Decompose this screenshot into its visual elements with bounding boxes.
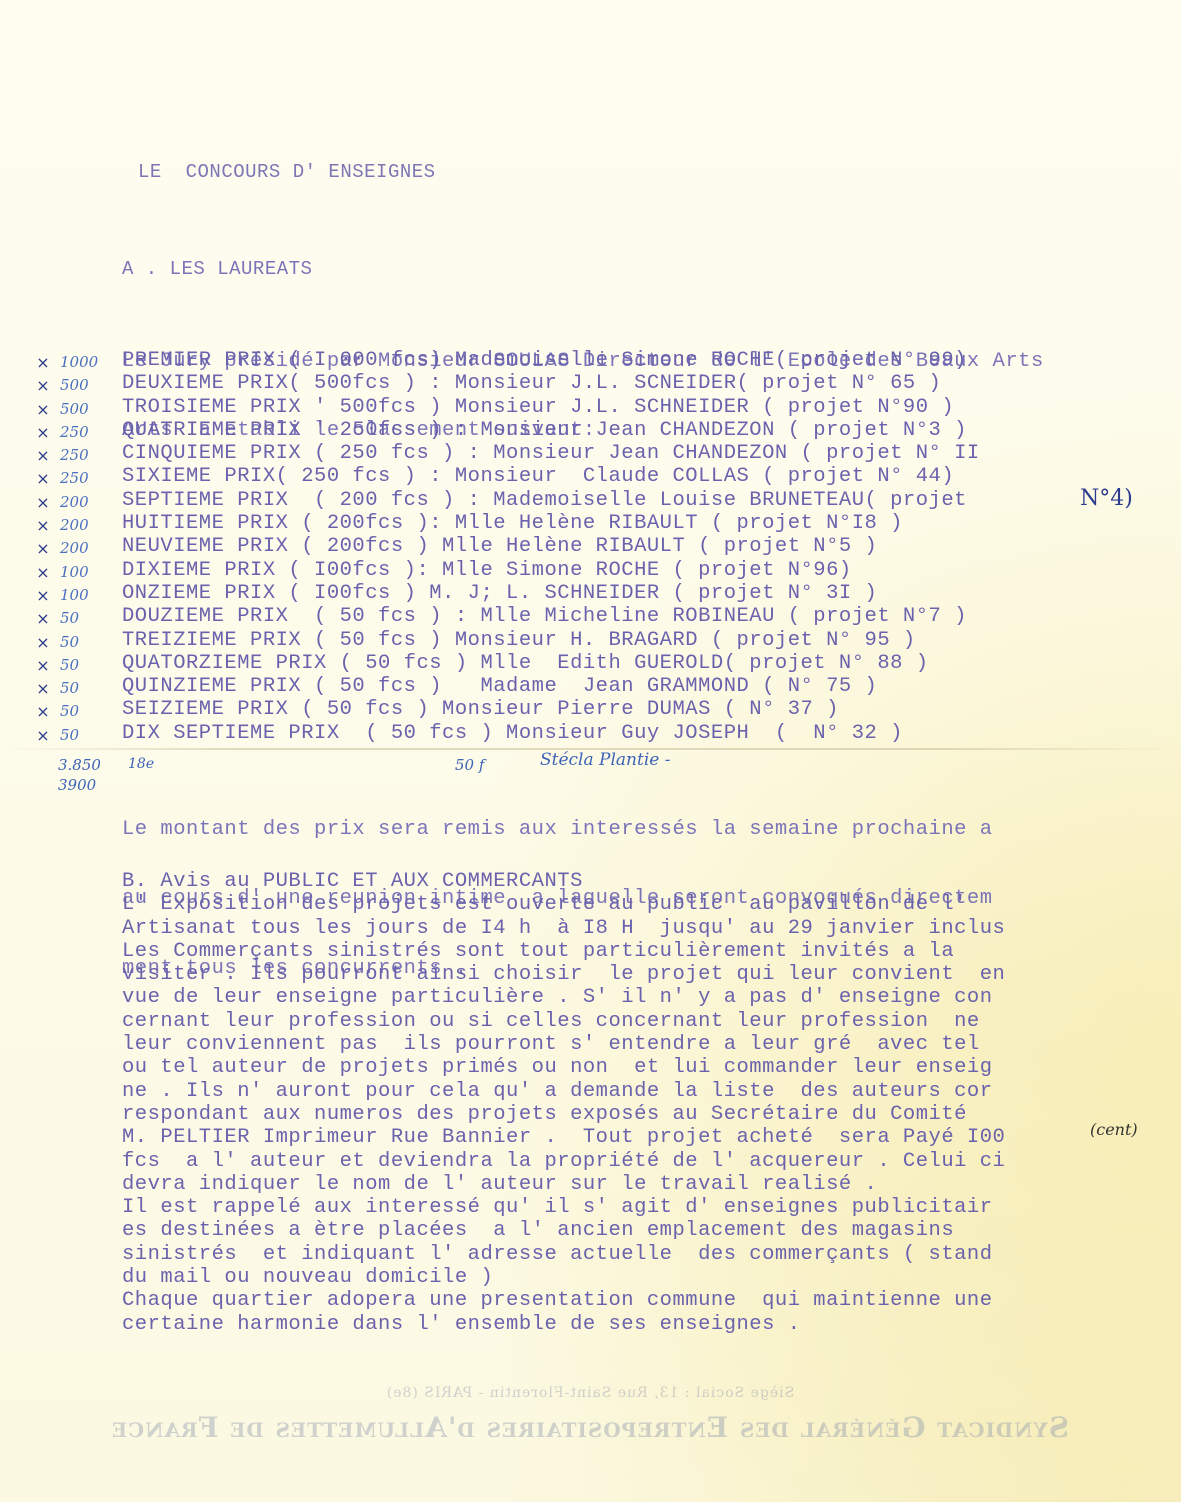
tally-row: ×50 — [26, 654, 120, 677]
tally-amount: 200 — [60, 537, 120, 560]
letterhead-show-through: Siège Social : 13, Rue Saint-Florentin -… — [50, 1385, 1130, 1444]
paragraph-line: sinistrés et indiquant l' adresse actuel… — [122, 1243, 1005, 1266]
check-mark-icon: × — [26, 631, 60, 654]
check-mark-icon: × — [26, 584, 60, 607]
paragraph-line: Artisanat tous les jours de I4 h à I8 H … — [122, 917, 1005, 940]
prize-row: SIXIEME PRIX( 250 fcs ) : Monsieur Claud… — [122, 465, 980, 488]
tally-amount: 250 — [60, 467, 120, 490]
paragraph-line: leur conviennent pas ils pourront s' ent… — [122, 1033, 1005, 1056]
check-mark-icon: × — [26, 374, 60, 397]
paragraph-line: cernant leur profession ou si celles con… — [122, 1010, 1005, 1033]
handwritten-cent: (cent) — [1090, 1120, 1138, 1139]
paragraph-line: du mail ou nouveau domicile ) — [122, 1266, 1005, 1289]
tally-amount: 50 — [60, 724, 120, 747]
check-mark-icon: × — [26, 677, 60, 700]
prize-row: QUATRIEME PRIX ' 250fcs ) : Monsieur Jea… — [122, 419, 980, 442]
tally-row: ×250 — [26, 421, 120, 444]
tally-row: ×50 — [26, 631, 120, 654]
document-title: LE CONCOURS D' ENSEIGNES — [138, 161, 436, 184]
paragraph-line: Les Commerçants sinistrés sont tout part… — [122, 940, 1005, 963]
tally-row: ×1000 — [26, 351, 120, 374]
tally-row: ×50 — [26, 724, 120, 747]
paragraph-line: ne . Ils n' auront pour cela qu' a deman… — [122, 1080, 1005, 1103]
section-a-heading: A . LES LAUREATS — [122, 258, 312, 281]
tally-row: ×100 — [26, 584, 120, 607]
check-mark-icon: × — [26, 537, 60, 560]
tally-amount: 250 — [60, 444, 120, 467]
tally-amount: 50 — [60, 700, 120, 723]
tally-amount: 200 — [60, 491, 120, 514]
check-mark-icon: × — [26, 561, 60, 584]
check-mark-icon: × — [26, 351, 60, 374]
prize-row: DIX SEPTIEME PRIX ( 50 fcs ) Monsieur Gu… — [122, 722, 980, 745]
handwritten-subtotal: 3.850 — [58, 756, 101, 774]
paragraph-line: M. PELTIER Imprimeur Rue Bannier . Tout … — [122, 1126, 1005, 1149]
paragraph-line: L' Exposition des projets est ouverte au… — [122, 893, 1005, 916]
tally-amount: 50 — [60, 607, 120, 630]
prize-row: DEUXIEME PRIX( 500fcs ) : Monsieur J.L. … — [122, 372, 980, 395]
handwritten-total: 3900 — [58, 776, 96, 794]
tally-row: ×200 — [26, 537, 120, 560]
section-b-heading: B. Avis au PUBLIC ET AUX COMMERCANTS — [122, 870, 1005, 893]
prize-row: DOUZIEME PRIX ( 50 fcs ) : Mlle Michelin… — [122, 605, 980, 628]
tally-amount: 100 — [60, 561, 120, 584]
section-b-notice: B. Avis au PUBLIC ET AUX COMMERCANTSL' E… — [122, 870, 1005, 1336]
check-mark-icon: × — [26, 491, 60, 514]
letterhead-organization: Syndicat Général des Entrepositaires d'A… — [50, 1411, 1130, 1444]
tally-amount: 200 — [60, 514, 120, 537]
paragraph-line: Chaque quartier adopera une presentation… — [122, 1289, 1005, 1312]
paragraph-line: es destinées a ètre placées a l' ancien … — [122, 1219, 1005, 1242]
paragraph-line: visiter . Ils pourront ainsi choisir le … — [122, 963, 1005, 986]
tally-row: ×500 — [26, 374, 120, 397]
prize-row: HUITIEME PRIX ( 200fcs ): Mlle Helène RI… — [122, 512, 980, 535]
paragraph-line: devra indiquer le nom de l' auteur sur l… — [122, 1173, 1005, 1196]
paragraph-line: Il est rappelé aux interessé qu' il s' a… — [122, 1196, 1005, 1219]
tally-amount: 1000 — [60, 351, 120, 374]
tally-amount: 500 — [60, 398, 120, 421]
check-mark-icon: × — [26, 514, 60, 537]
tally-row: ×500 — [26, 398, 120, 421]
handwritten-note-18: 18e — [128, 756, 154, 772]
tally-row: ×200 — [26, 491, 120, 514]
tally-amount: 500 — [60, 374, 120, 397]
tally-row: ×250 — [26, 444, 120, 467]
check-mark-icon: × — [26, 467, 60, 490]
prize-row: QUINZIEME PRIX ( 50 fcs ) Madame Jean GR… — [122, 675, 980, 698]
tally-amount: 250 — [60, 421, 120, 444]
prize-row: NEUVIEME PRIX ( 200fcs ) Mlle Helène RIB… — [122, 535, 980, 558]
paragraph-line: vue de leur enseigne particulière . S' i… — [122, 986, 1005, 1009]
tally-row: ×50 — [26, 677, 120, 700]
paragraph-line: Le montant des prix sera remis aux inter… — [122, 818, 993, 841]
tally-row: ×100 — [26, 561, 120, 584]
check-mark-icon: × — [26, 398, 60, 421]
paragraph-line: fcs a l' auteur et deviendra la propriét… — [122, 1150, 1005, 1173]
check-mark-icon: × — [26, 654, 60, 677]
tally-amount: 50 — [60, 654, 120, 677]
handwritten-project-number: N°4) — [1080, 486, 1133, 511]
tally-row: ×250 — [26, 467, 120, 490]
prize-row: TROISIEME PRIX ' 500fcs ) Monsieur J.L. … — [122, 396, 980, 419]
letterhead-address: Siège Social : 13, Rue Saint-Florentin -… — [50, 1385, 1130, 1401]
tally-row: ×200 — [26, 514, 120, 537]
margin-tally: ×1000×500×500×250×250×250×200×200×200×10… — [26, 351, 120, 747]
paragraph-line: ou tel auteur de projets primés ou non e… — [122, 1056, 1005, 1079]
tally-row: ×50 — [26, 700, 120, 723]
prize-row: TREIZIEME PRIX ( 50 fcs ) Monsieur H. BR… — [122, 629, 980, 652]
prize-row: QUATORZIEME PRIX ( 50 fcs ) Mlle Edith G… — [122, 652, 980, 675]
prize-list: PREMIER PRIX ( I 000 fcs) Mademoiselle S… — [122, 349, 980, 745]
check-mark-icon: × — [26, 700, 60, 723]
paragraph-line: certaine harmonie dans l' ensemble de se… — [122, 1313, 1005, 1336]
paragraph-line: respondant aux numeros des projets expos… — [122, 1103, 1005, 1126]
check-mark-icon: × — [26, 724, 60, 747]
tally-amount: 50 — [60, 677, 120, 700]
prize-row: SEIZIEME PRIX ( 50 fcs ) Monsieur Pierre… — [122, 698, 980, 721]
prize-row: ONZIEME PRIX ( I00fcs ) M. J; L. SCHNEID… — [122, 582, 980, 605]
prize-row: CINQUIEME PRIX ( 250 fcs ) : Monsieur Je… — [122, 442, 980, 465]
tally-row: ×50 — [26, 607, 120, 630]
handwritten-note-plantie: Stécla Plantie - — [540, 750, 670, 770]
prize-row: DIXIEME PRIX ( I00fcs ): Mlle Simone ROC… — [122, 559, 980, 582]
check-mark-icon: × — [26, 421, 60, 444]
check-mark-icon: × — [26, 607, 60, 630]
check-mark-icon: × — [26, 444, 60, 467]
prize-row: PREMIER PRIX ( I 000 fcs) Mademoiselle S… — [122, 349, 980, 372]
prize-row: SEPTIEME PRIX ( 200 fcs ) : Mademoiselle… — [122, 489, 980, 512]
tally-amount: 50 — [60, 631, 120, 654]
tally-amount: 100 — [60, 584, 120, 607]
